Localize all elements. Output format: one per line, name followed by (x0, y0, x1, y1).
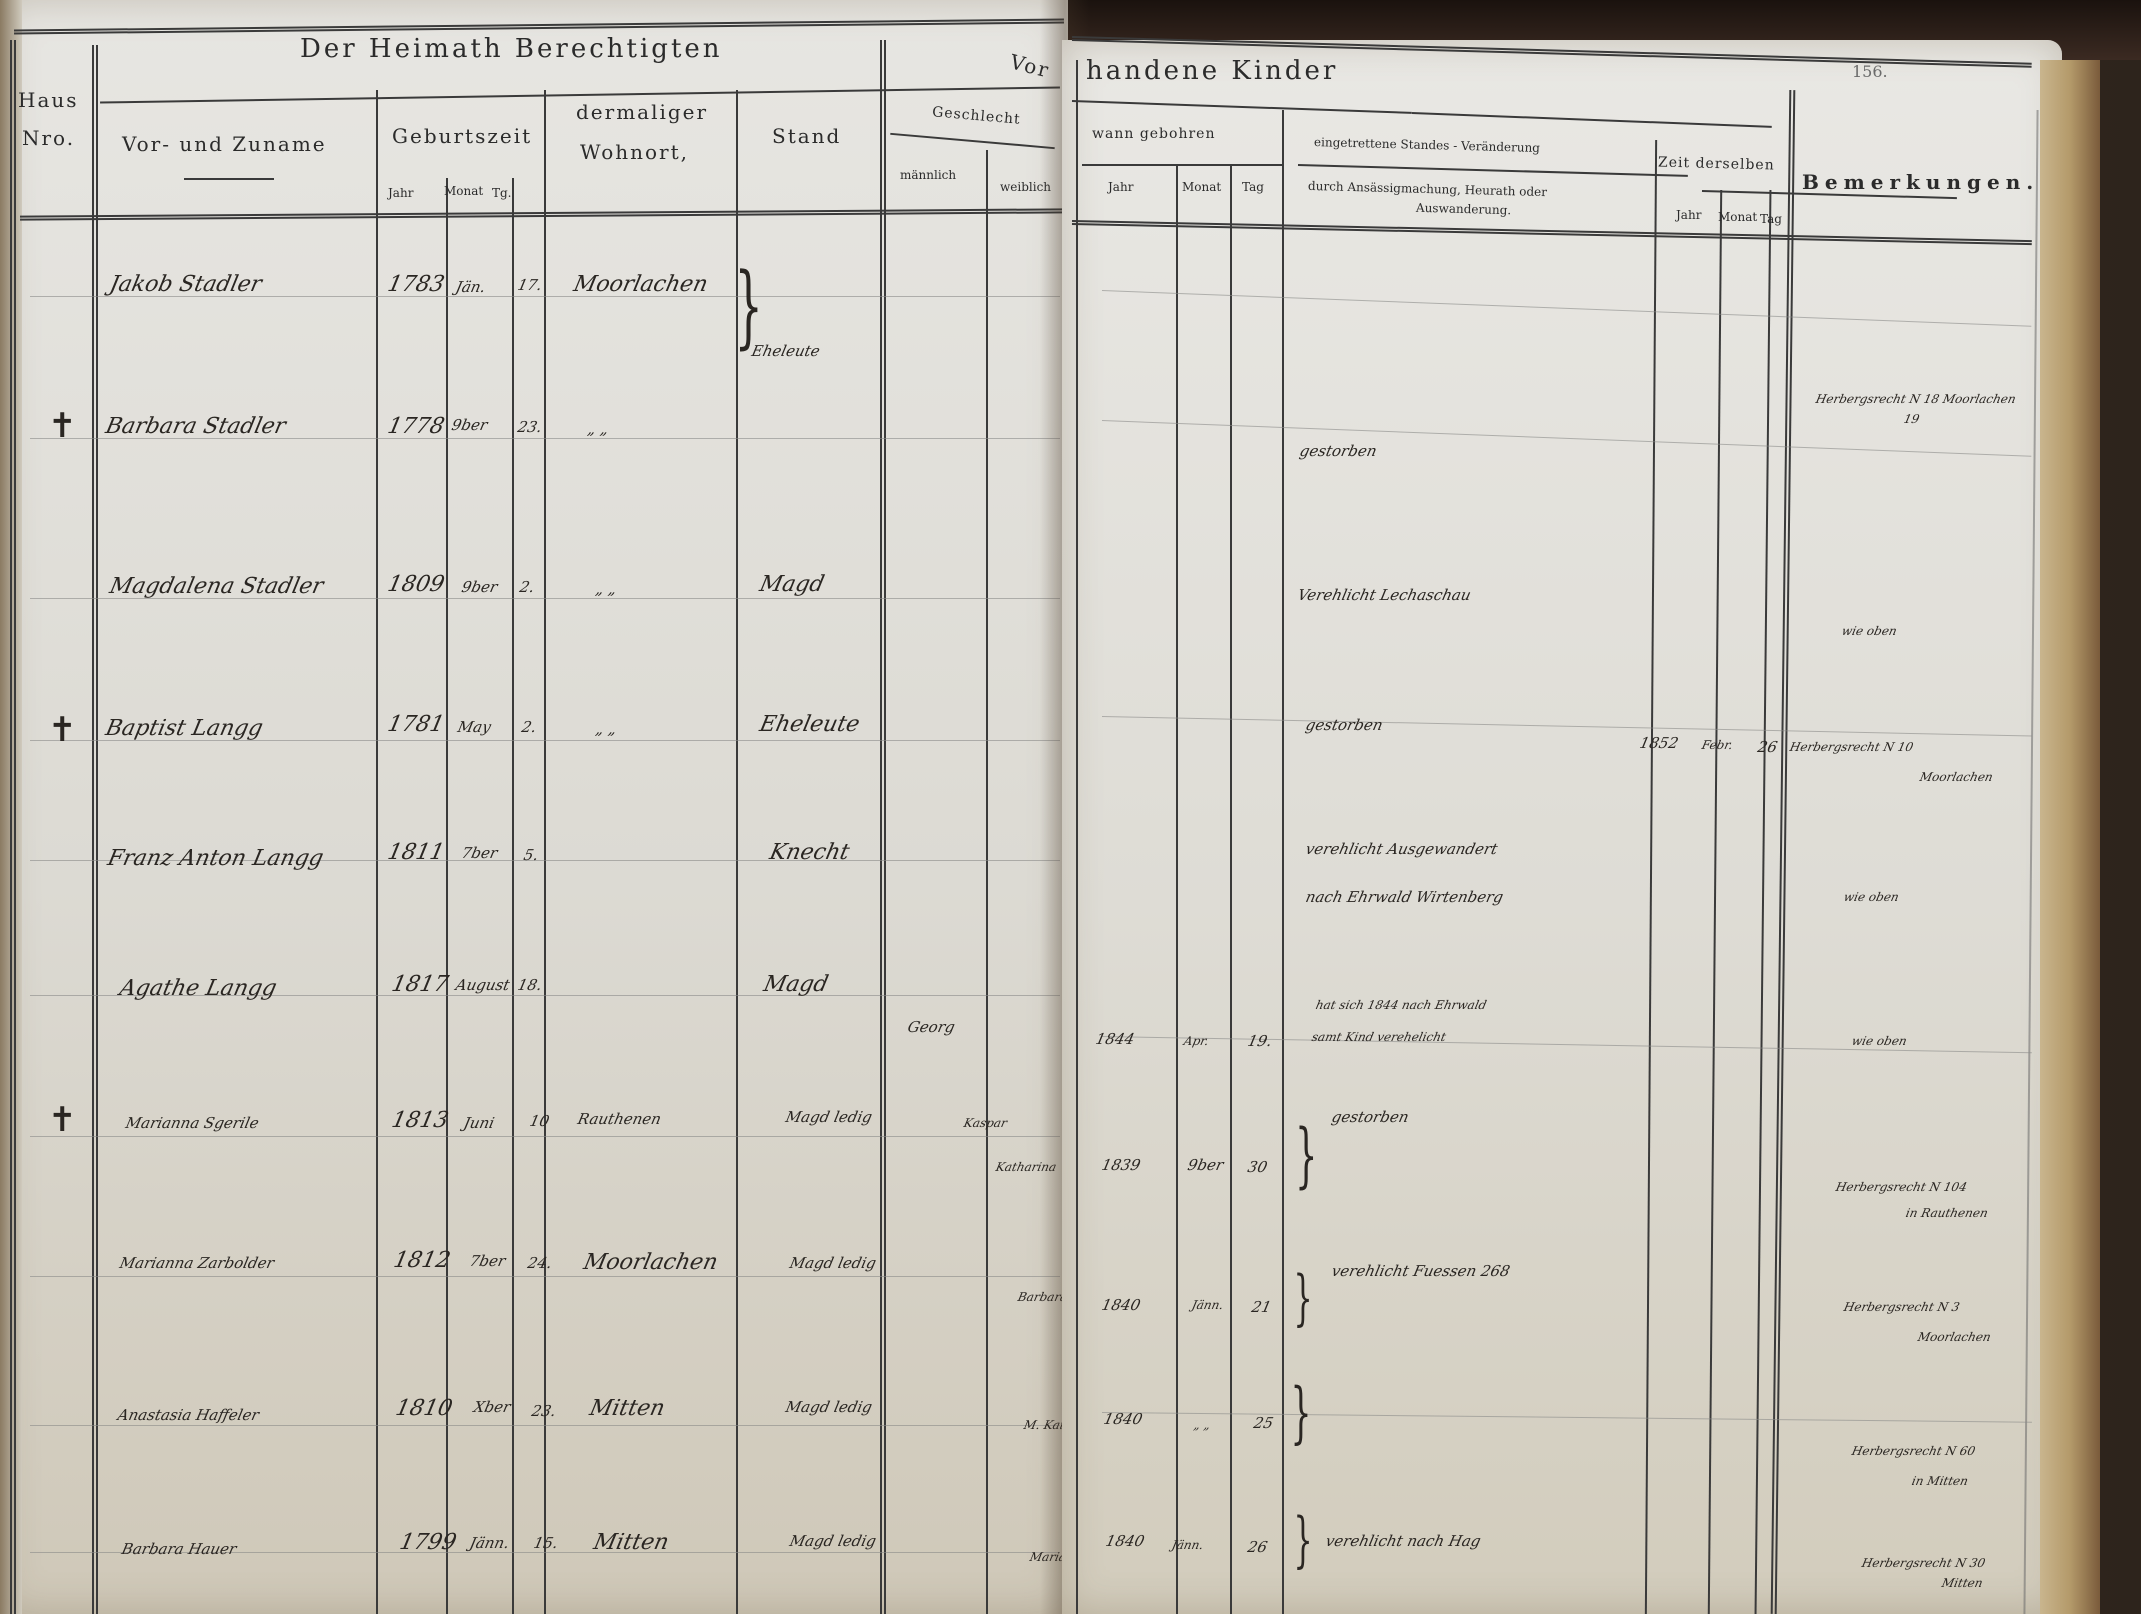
entry-birth-day: 18. (516, 976, 544, 994)
header-stand: Stand (772, 124, 841, 148)
entry-change-2: nach Ehrwald Wirtenberg (1304, 888, 1505, 906)
rule-day-col (544, 90, 546, 1614)
rule-born-month (1230, 164, 1232, 1614)
entry-name: Barbara Stadler (103, 414, 288, 439)
entry-change: verehlicht Ausgewandert (1304, 840, 1499, 858)
header-change-2: durch Ansässigmachung, Heurath oder (1308, 179, 1547, 199)
entry-time-month: Febr. (1701, 738, 1735, 752)
entry-name: Barbara Hauer (120, 1540, 238, 1558)
header-birth-month: Monat (444, 184, 483, 198)
header-bottom-rule (1072, 220, 2032, 245)
entry-birth-year: 1817 (389, 972, 450, 997)
entry-born-year: 1840 (1100, 1296, 1142, 1314)
entry-name: Jakob Stadler (107, 272, 264, 297)
rule-time-month (1755, 190, 1772, 1614)
rule-name-col (376, 90, 378, 1614)
header-mid-rule (1072, 100, 1412, 114)
row-guide (30, 1425, 1060, 1426)
bracket-icon: } (1295, 1120, 1317, 1190)
entry-name: Baptist Langg (103, 716, 265, 741)
row-guide (1102, 1412, 2032, 1423)
entry-name: Agathe Langg (117, 976, 278, 1001)
header-change-3: Auswanderung. (1416, 201, 1512, 217)
rule-sex-col (986, 150, 988, 1614)
header-born-year: Jahr (1108, 180, 1133, 194)
entry-birth-day: 2. (518, 578, 536, 596)
header-time-year: Jahr (1676, 208, 1701, 222)
row-guide (30, 1136, 1060, 1137)
entry-remarks-2: Moorlachen (1919, 770, 1995, 784)
entry-birth-day: 23. (530, 1402, 558, 1420)
entry-remarks: wie oben (1841, 624, 1899, 638)
deceased-cross-icon: ✝ (48, 406, 77, 446)
entry-child-male: Georg (906, 1018, 956, 1036)
header-time: Zeit derselben (1658, 154, 1775, 173)
rule-change (1645, 140, 1657, 1614)
entry-stand: Magd (757, 572, 826, 597)
rule-remarks-right (2023, 110, 2038, 1614)
entry-name: Marianna Sgerile (124, 1114, 260, 1132)
entry-residence: Moorlachen (571, 272, 710, 297)
entry-birth-year: 1809 (385, 572, 446, 597)
entry-remarks: wie oben (1851, 1034, 1909, 1048)
bracket-icon: } (1294, 1268, 1313, 1328)
rule-time-year (1708, 190, 1722, 1614)
rule-left (1076, 60, 1078, 1614)
entry-stand: Magd ledig (788, 1254, 878, 1272)
entry-change: verehlicht nach Hag (1324, 1532, 1482, 1550)
header-sex: Geschlecht (931, 104, 1021, 128)
entry-stand: Magd ledig (784, 1108, 874, 1126)
header-time-month: Monat (1718, 210, 1757, 224)
entry-stand: Knecht (767, 840, 851, 865)
entry-stand: Magd ledig (784, 1398, 874, 1416)
entry-birth-year: 1781 (385, 712, 446, 737)
entry-remarks-2: Moorlachen (1917, 1330, 1993, 1344)
entry-residence: Moorlachen (581, 1250, 720, 1275)
entry-remarks: Herbergsrecht N 104 (1835, 1180, 1969, 1194)
header-top-rule (14, 19, 1064, 35)
header-bottom-rule (20, 208, 1065, 220)
entry-birth-year: 1783 (385, 272, 446, 297)
entry-born-year: 1844 (1094, 1030, 1136, 1048)
entry-name: Anastasia Haffeler (116, 1406, 261, 1424)
header-birth-year: Jahr (388, 186, 413, 200)
entry-birth-year: 1811 (385, 840, 446, 865)
entry-born-day: 25 (1252, 1414, 1275, 1432)
entry-birth-month: August (454, 976, 511, 994)
bracket-icon: } (1291, 1380, 1312, 1446)
entry-stand: Magd (761, 972, 830, 997)
entry-residence: „ „ (594, 720, 618, 738)
row-guide (1102, 716, 2032, 736)
header-residence-2: Wohnort, (580, 140, 689, 164)
entry-remarks-2: in Rauthenen (1905, 1206, 1990, 1220)
entry-birth-day: 5. (522, 846, 540, 864)
entry-born-month: 9ber (1186, 1156, 1225, 1174)
entry-born-month: Jänn. (1171, 1538, 1205, 1552)
entry-name: Marianna Zarbolder (118, 1254, 276, 1272)
entry-change-2: samt Kind verehelicht (1311, 1030, 1448, 1044)
entry-birth-month: May (456, 718, 493, 736)
header-change: eingetrettene Standes - Veränderung (1314, 135, 1540, 155)
left-page: Der Heimath Berechtigten Vor Haus Nro. V… (0, 0, 1068, 1614)
bracket-icon: } (1294, 1510, 1313, 1570)
entry-residence: „ „ (594, 580, 618, 598)
entry-birth-month: 7ber (460, 844, 499, 862)
entry-birth-month: Xber (472, 1398, 512, 1416)
entry-born-month: Jänn. (1191, 1298, 1225, 1312)
page-block-edge (2040, 60, 2100, 1614)
header-time-day: Tag (1760, 212, 1782, 226)
row-guide (1102, 290, 2031, 327)
rule-left-margin (10, 40, 16, 1614)
entry-born-year: 1840 (1104, 1532, 1146, 1550)
entry-remarks: Herbergsrecht N 18 Moorlachen (1815, 392, 2018, 406)
entry-birth-year: 1810 (393, 1396, 454, 1421)
rule-change-sub (1298, 164, 1688, 177)
entry-child-male: Kaspar (963, 1116, 1009, 1130)
entry-change: verehlicht Fuessen 268 (1330, 1262, 1512, 1280)
entry-remarks-2: in Mitten (1911, 1474, 1970, 1488)
header-remarks: Bemerkungen. (1802, 170, 2039, 194)
rule-month-col (512, 178, 514, 1614)
entry-residence: Mitten (587, 1396, 667, 1421)
entry-birth-year: 1813 (389, 1108, 450, 1133)
entry-change: Verehlicht Lechaschau (1296, 586, 1473, 604)
header-mid-rule-2 (1412, 112, 1772, 128)
entry-time-year: 1852 (1638, 734, 1680, 752)
entry-birth-year: 1812 (391, 1248, 452, 1273)
entry-change: hat sich 1844 nach Ehrwald (1315, 998, 1488, 1012)
entry-remarks: Herbergsrecht N 3 (1843, 1300, 1962, 1314)
entry-born-day: 21 (1250, 1298, 1273, 1316)
entry-birth-year: 1799 (397, 1530, 458, 1555)
rule-time-day (1771, 90, 1796, 1614)
section-title: handene Kinder (1086, 56, 1338, 86)
deceased-cross-icon: ✝ (48, 1100, 77, 1140)
entry-remarks-2: 19 (1903, 412, 1921, 426)
entry-change: gestorben (1298, 442, 1378, 460)
bracket-icon: } (734, 262, 763, 352)
right-page: 156. handene Kinder wann gebohren Jahr M… (1062, 40, 2062, 1614)
entry-born-year: 1839 (1100, 1156, 1142, 1174)
entry-born-day: 19. (1246, 1032, 1274, 1050)
entry-birth-day: 15. (532, 1534, 560, 1552)
entry-time-day: 26 (1756, 738, 1779, 756)
entry-born-month: „ „ (1193, 1418, 1212, 1432)
entry-birth-month: Juni (462, 1114, 496, 1132)
header-birth-day: Tg. (492, 186, 512, 200)
rule-birth-sub (184, 178, 274, 180)
entry-residence: „ „ (586, 420, 610, 438)
entry-born-month: Apr. (1183, 1034, 1211, 1048)
entry-remarks-2: Mitten (1941, 1576, 1985, 1590)
entry-change: gestorben (1330, 1108, 1410, 1126)
entry-remarks: Herbergsrecht N 60 (1851, 1444, 1977, 1458)
entry-born-day: 26 (1246, 1538, 1269, 1556)
folio-number: 156. (1852, 62, 1888, 81)
entry-stand: Magd ledig (788, 1532, 878, 1550)
header-born-month: Monat (1182, 180, 1221, 194)
entry-birth-day: 23. (516, 418, 544, 436)
row-guide (30, 1276, 1060, 1277)
entry-birth-day: 2. (520, 718, 538, 736)
entry-remarks: Herbergsrecht N 30 (1861, 1556, 1987, 1570)
entry-remarks: wie oben (1843, 890, 1901, 904)
entry-born-year: 1840 (1102, 1410, 1144, 1428)
header-sex-male: männlich (900, 168, 956, 182)
entry-name: Magdalena Stadler (107, 574, 325, 599)
rule-sex-sub (890, 133, 1055, 149)
entry-born-day: 30 (1246, 1158, 1269, 1176)
entry-change: gestorben (1304, 716, 1384, 734)
rule-born-year (1176, 164, 1178, 1614)
rule-haus-col (92, 45, 98, 1614)
deceased-cross-icon: ✝ (48, 710, 77, 750)
row-guide (1102, 420, 2031, 457)
header-name: Vor- und Zuname (122, 132, 327, 156)
entry-birth-year: 1778 (385, 414, 446, 439)
entry-birth-month: Jän. (454, 278, 487, 296)
header-birth: Geburtszeit (392, 124, 532, 148)
entry-birth-day: 17. (516, 276, 544, 294)
entry-birth-day: 24. (526, 1254, 554, 1272)
entry-stand: Eheleute (750, 342, 822, 360)
entry-residence: Mitten (591, 1530, 671, 1555)
rule-born-sub (1082, 164, 1282, 166)
header-born: wann gebohren (1092, 126, 1215, 142)
rule-born-day (1282, 110, 1284, 1614)
header-residence-1: dermaliger (576, 100, 708, 124)
rule-stand-col (880, 40, 886, 1614)
entry-stand: Eheleute (757, 712, 862, 737)
entry-birth-month: 9ber (450, 416, 489, 434)
header-nro: Nro. (22, 126, 75, 150)
entry-name: Franz Anton Langg (105, 846, 325, 871)
entry-birth-day: 10 (528, 1112, 551, 1130)
entry-birth-month: 7ber (468, 1252, 507, 1270)
entry-residence: Rauthenen (576, 1110, 663, 1128)
header-haus: Haus (18, 88, 79, 112)
entry-birth-month: 9ber (460, 578, 499, 596)
header-born-day: Tag (1242, 180, 1264, 194)
entry-birth-month: Jänn. (468, 1534, 511, 1552)
section-title: Der Heimath Berechtigten (300, 34, 723, 64)
entry-remarks: Herbergsrecht N 10 (1789, 740, 1915, 754)
